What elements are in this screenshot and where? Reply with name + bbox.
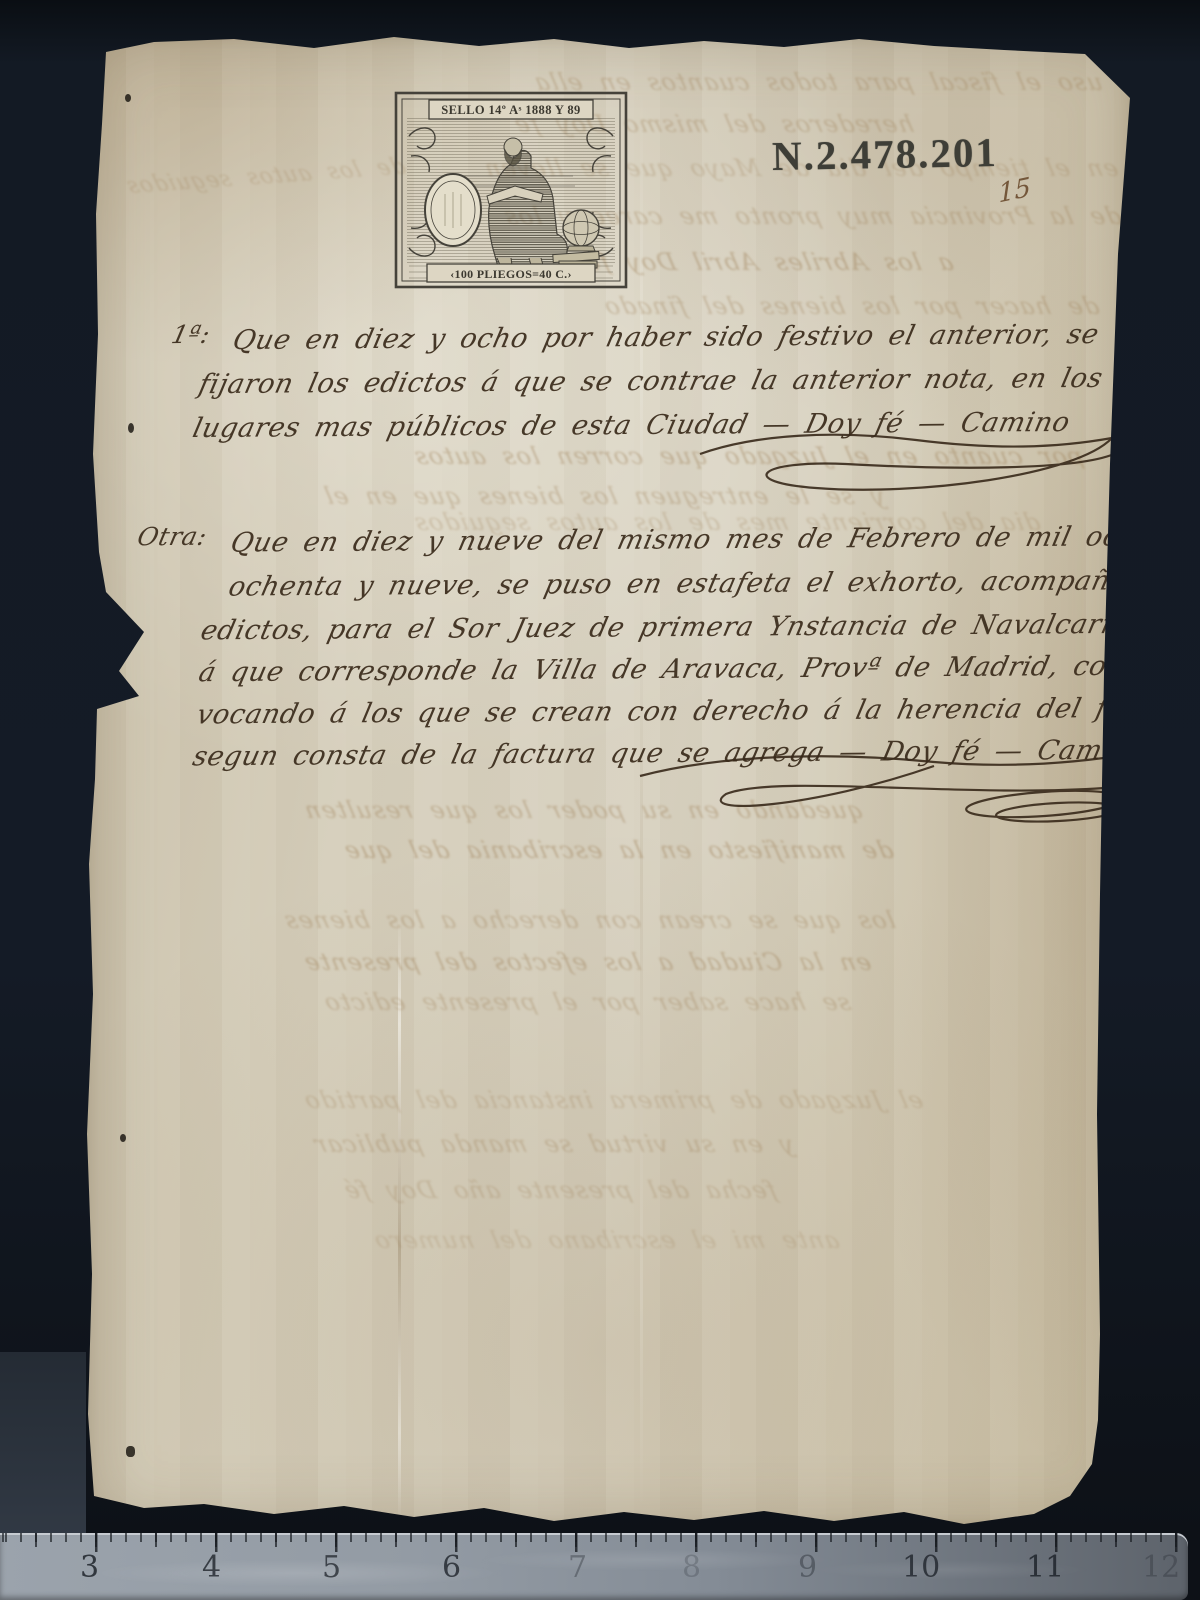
bleedthrough-text: se hace saber por el presente edicto [321, 988, 854, 1016]
bleedthrough-text: de manifiesto en la escribania del que [341, 836, 896, 864]
stitch-hole [125, 94, 131, 102]
margin-note-otra: Otra: [135, 522, 210, 551]
ruler: 3 4 5 6 7 8 9 10 11 12 [0, 1533, 1188, 1600]
notary-flourish [696, 424, 1126, 508]
handwriting-line: fijaron los edictos á que se contrae la … [196, 363, 1106, 400]
stamp-bottom-banner-text: ‹100 PLIEGOS=40 C.› [450, 267, 572, 281]
margin-note-first: 1ª: [169, 320, 214, 349]
ruler-number: 12 [1142, 1550, 1180, 1585]
stitch-hole [120, 1134, 126, 1142]
ruler-number: 3 [80, 1550, 99, 1585]
ruler-number: 6 [442, 1550, 461, 1585]
ruler-number: 9 [798, 1550, 817, 1585]
ruler-number: 4 [202, 1550, 221, 1585]
bleedthrough-text: ante mi el escribano del numero [371, 1226, 842, 1254]
ink-speck [126, 1446, 135, 1457]
bleedthrough-text: se han de hacer por los bienes del finad… [601, 292, 1200, 320]
handwriting-line: á que corresponde la Villa de Aravaca, P… [196, 651, 1128, 688]
ruler-number: 11 [1026, 1550, 1064, 1585]
bleedthrough-text: los que se crean con derecho a los biene… [281, 906, 898, 934]
notary-flourish [634, 748, 1134, 838]
ruler-number: 5 [322, 1550, 341, 1585]
tax-stamp-engraving: SELLO 14º Aˢ 1888 Y 89 [393, 90, 629, 290]
ruler-number: 8 [682, 1550, 701, 1585]
manuscript-page: en uso el fiscal para todos cuantos en e… [84, 34, 1134, 1529]
bleedthrough-text: a los Abriles Abril Doy fé [581, 248, 956, 276]
ruler-number: 7 [568, 1550, 587, 1585]
bleedthrough-text: fecha del presente año Doy fé [341, 1176, 780, 1204]
bleedthrough-text: el Juzgado de primera instancia del part… [301, 1086, 926, 1114]
stamp-top-banner-text: SELLO 14º Aˢ 1888 Y 89 [441, 103, 580, 117]
bleedthrough-text: y en su virtud se manda publicar [311, 1130, 797, 1158]
shield-cartouche [425, 174, 481, 246]
serial-number: N.2.478.201 [772, 128, 999, 180]
backdrop-panel [0, 1352, 86, 1537]
bleedthrough-text: en la Ciudad a los efectos del presente [301, 948, 874, 976]
handwriting-line: Que en diez y ocho por haber sido festiv… [230, 319, 1102, 356]
ruler-number: 10 [902, 1550, 940, 1585]
photo-scene: en uso el fiscal para todos cuantos en e… [0, 0, 1200, 1600]
stitch-hole [128, 423, 134, 433]
ruler-inch-ticks [0, 1533, 1188, 1552]
